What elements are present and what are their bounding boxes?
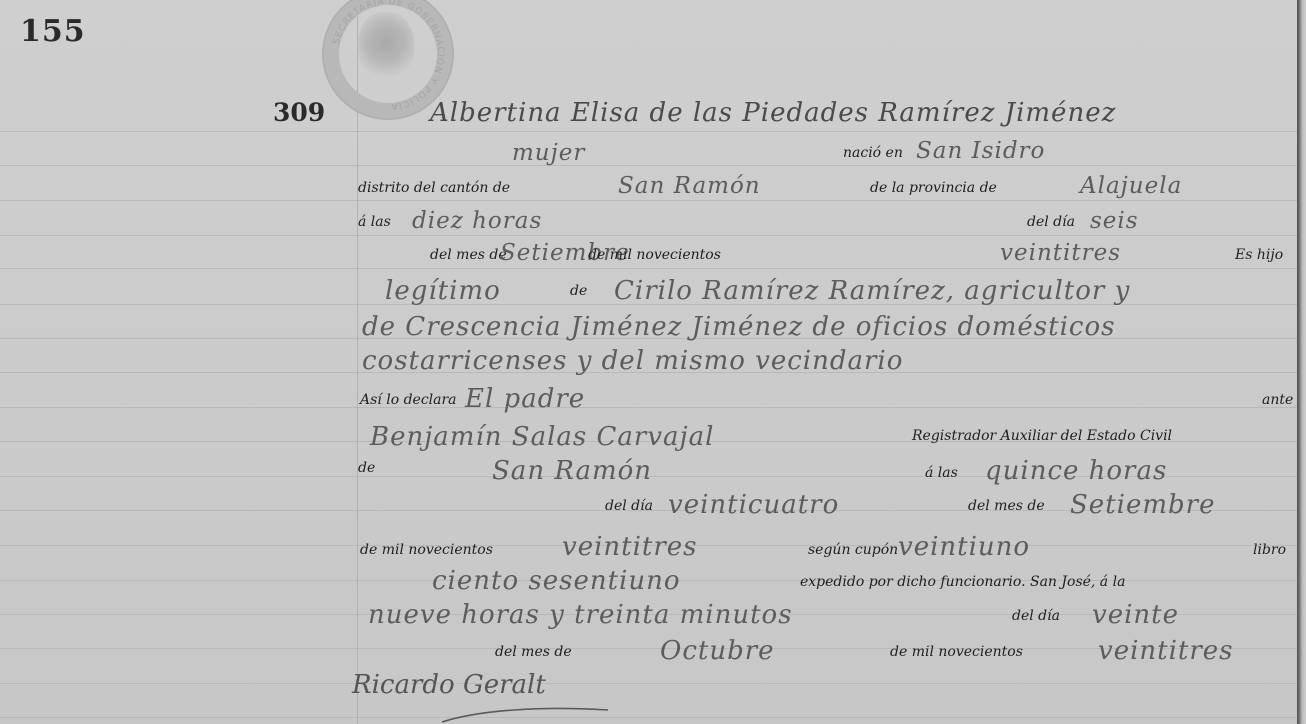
registration-month-value: Setiembre (1070, 490, 1215, 520)
birth-hour-value: diez horas (412, 208, 542, 234)
signature-flourish-icon (440, 700, 610, 724)
registration-year-value: veintitres (562, 532, 698, 562)
registration-day-value: veinticuatro (668, 490, 839, 520)
province-value: Alajuela (1080, 173, 1182, 199)
ledger-page: 155 309 SECRETARÍA DE GOBERNACIÓN Y POLI… (0, 0, 1297, 724)
entry-day-value: veinte (1092, 600, 1179, 630)
ruled-line (0, 200, 1297, 201)
registration-day-label: del día (605, 498, 653, 514)
book-value: ciento sesentiuno (432, 566, 681, 596)
entry-day-label: del día (1012, 608, 1060, 624)
entry-number: 309 (273, 98, 325, 127)
ruled-line (0, 268, 1297, 269)
child-of-label: Es hijo (1235, 247, 1283, 263)
parents-origin-value: costarricenses y del mismo vecindario (362, 346, 903, 376)
page-number: 155 (20, 14, 86, 49)
registrar-place-value: San Ramón (492, 456, 652, 486)
page-binding-edge (1297, 0, 1306, 724)
province-label: de la provincia de (870, 180, 997, 196)
born-in-label: nació en (843, 145, 903, 161)
coupon-value: veintiuno (898, 532, 1030, 562)
before-label: ante (1262, 392, 1293, 408)
issued-label: expedido por dicho funcionario. San José… (800, 574, 1125, 590)
year-label: de mil novecientos (588, 247, 721, 263)
registrar-name: Benjamín Salas Carvajal (370, 422, 714, 452)
entry-time-value: nueve horas y treinta minutos (368, 600, 793, 630)
ruled-line (0, 235, 1297, 236)
ruled-line (0, 407, 1297, 408)
official-signature: Ricardo Geralt (352, 670, 546, 700)
entry-month-value: Octubre (660, 636, 775, 666)
district-label: distrito del cantón de (358, 180, 510, 196)
month-label: del mes de (430, 247, 507, 263)
ruled-line (0, 131, 1297, 132)
of-label: de (570, 283, 587, 299)
registrar-title-label: Registrador Auxiliar del Estado Civil (912, 428, 1172, 444)
coupon-label: según cupón (808, 542, 898, 558)
registration-hour-value: quince horas (985, 456, 1167, 486)
day-label: del día (1027, 214, 1075, 230)
father-value: Cirilo Ramírez Ramírez, agricultor y (614, 276, 1130, 306)
of-place-label: de (358, 460, 375, 476)
declared-label: Así lo declara (360, 392, 457, 408)
book-label: libro (1253, 542, 1286, 558)
canton-value: San Ramón (618, 173, 761, 199)
child-name: Albertina Elisa de las Piedades Ramírez … (430, 98, 1116, 128)
svg-text:SECRETARÍA DE GOBERNACIÓN Y PO: SECRETARÍA DE GOBERNACIÓN Y POLICÍA (332, 0, 447, 112)
entry-year-value: veintitres (1098, 636, 1234, 666)
registration-hour-label: á las (925, 465, 958, 481)
ruled-line (0, 683, 1297, 684)
birth-year-value: veintitres (1000, 240, 1121, 266)
registration-month-label: del mes de (968, 498, 1045, 514)
ruled-line (0, 717, 1297, 718)
registration-year-label: de mil novecientos (360, 542, 493, 558)
birth-day-value: seis (1090, 208, 1139, 234)
legitimacy-value: legítimo (385, 276, 501, 306)
sex-value: mujer (512, 140, 585, 166)
entry-month-label: del mes de (495, 644, 572, 660)
ruled-line (0, 165, 1297, 166)
birthplace-value: San Isidro (916, 138, 1045, 164)
entry-year-label: de mil novecientos (890, 644, 1023, 660)
declarant-value: El padre (465, 384, 585, 414)
mother-value: de Crescencia Jiménez Jiménez de oficios… (362, 312, 1115, 342)
at-hour-label: á las (358, 214, 391, 230)
